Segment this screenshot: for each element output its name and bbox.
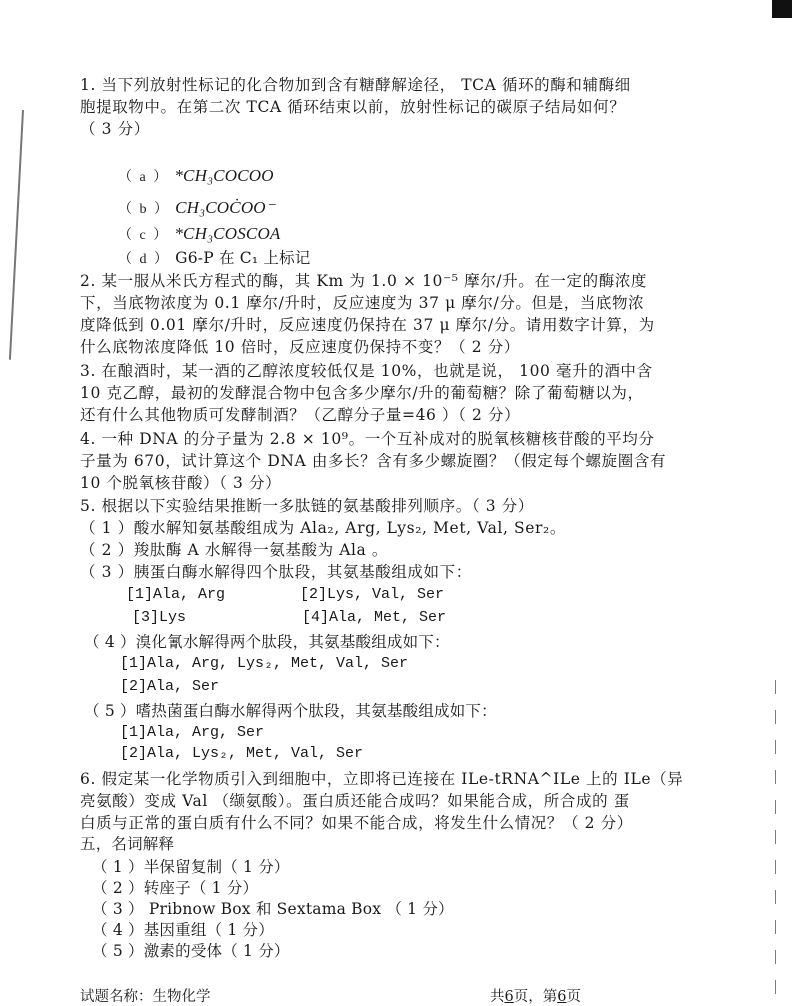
question-4: 4. 一种 DNA 的分子量为 2.8 × 10⁹。一个互补成对的脱氧核糖核苷酸… bbox=[80, 428, 720, 494]
trypsin-fragment-1: [1]Ala, Arg bbox=[126, 586, 225, 603]
question-5-step-3: （ 3 ）胰蛋白酶水解得四个肽段，其氨基酸组成如下： bbox=[80, 561, 720, 583]
term-item-3: （ 3 ） Pribnow Box 和 Sextama Box （ 1 分） bbox=[92, 899, 454, 919]
subject-name: 生物化学 bbox=[153, 989, 211, 1005]
option-a: （ a ） *CH₃COCOO bbox=[118, 166, 274, 188]
trypsin-fragment-3: [3]Lys bbox=[132, 609, 186, 626]
term-item-1: （ 1 ）半保留复制（ 1 分） bbox=[92, 857, 290, 877]
total-pages: 6 bbox=[505, 989, 514, 1005]
question-1-line: （ 3 分） bbox=[80, 118, 720, 140]
option-b: （ b ） CH₃COĊOO⁻ bbox=[118, 198, 275, 220]
term-item-5: （ 5 ）激素的受体（ 1 分） bbox=[92, 941, 290, 961]
question-1-line: 1. 当下列放射性标记的化合物加到含有糖酵解途径， TCA 循环的酶和辅酶细 bbox=[80, 74, 720, 96]
term-item-4: （ 4 ）基因重组（ 1 分） bbox=[92, 920, 274, 940]
question-1-line: 胞提取物中。在第二次 TCA 循环结束以前，放射性标记的碳原子结局如何？ bbox=[80, 96, 720, 118]
question-5-step-1: （ 1 ）酸水解知氨基酸组成为 Ala₂, Arg, Lys₂, Met, Va… bbox=[80, 517, 720, 539]
question-5-step-2: （ 2 ）羧肽酶 A 水解得一氨基酸为 Ala 。 bbox=[80, 539, 720, 561]
scan-artifact-left bbox=[9, 110, 24, 360]
question-5-title: 5. 根据以下实验结果推断一多肽链的氨基酸排列顺序。（ 3 分） bbox=[80, 495, 720, 517]
cnbr-fragment-1: [1]Ala, Arg, Lys₂, Met, Val, Ser bbox=[120, 655, 408, 672]
question-5-step-4: （ 4 ）溴化氰水解得两个肽段，其氨基酸组成如下： bbox=[84, 632, 450, 652]
section-5-title: 五，名词解释 bbox=[80, 834, 174, 854]
question-5-step-5: （ 5 ）嗜热菌蛋白酶水解得两个肽段，其氨基酸组成如下： bbox=[84, 701, 497, 721]
option-d: （ d ） G6-P 在 C₁ 上标记 bbox=[118, 248, 311, 270]
thermolysin-fragment-1: [1]Ala, Arg, Ser bbox=[120, 724, 264, 741]
term-item-2: （ 2 ）转座子（ 1 分） bbox=[92, 878, 258, 898]
subject-label: 试题名称： bbox=[80, 989, 153, 1005]
question-6: 6. 假定某一化学物质引入到细胞中，立即将已连接在 ILe-tRNA^ILe 上… bbox=[80, 768, 720, 834]
scan-artifact-right bbox=[775, 680, 776, 1000]
question-3: 3. 在酿酒时，某一酒的乙醇浓度较低仅是 10%，也就是说， 100 毫升的酒中… bbox=[80, 360, 720, 426]
option-c: （ c ） *CH₃COSCOA bbox=[118, 224, 281, 246]
question-5: 5. 根据以下实验结果推断一多肽链的氨基酸排列顺序。（ 3 分） （ 1 ）酸水… bbox=[80, 495, 720, 583]
exam-page: 1. 当下列放射性标记的化合物加到含有糖酵解途径， TCA 循环的酶和辅酶细 胞… bbox=[0, 0, 800, 1006]
cnbr-fragment-2: [2]Ala, Ser bbox=[120, 678, 219, 695]
scan-corner-mark bbox=[772, 0, 792, 18]
question-2: 2. 某一服从米氏方程式的酶，其 Km 为 1.0 × 10⁻⁵ 摩尔/升。在一… bbox=[80, 270, 720, 358]
trypsin-fragment-2: [2]Lys, Val, Ser bbox=[300, 586, 444, 603]
thermolysin-fragment-2: [2]Ala, Lys₂, Met, Val, Ser bbox=[120, 745, 363, 762]
footer-page-info: 共6页，第6页 bbox=[490, 985, 581, 1006]
footer-subject: 试题名称：生物化学 bbox=[80, 985, 211, 1006]
question-1: 1. 当下列放射性标记的化合物加到含有糖酵解途径， TCA 循环的酶和辅酶细 胞… bbox=[80, 74, 720, 140]
trypsin-fragment-4: [4]Ala, Met, Ser bbox=[302, 609, 446, 626]
